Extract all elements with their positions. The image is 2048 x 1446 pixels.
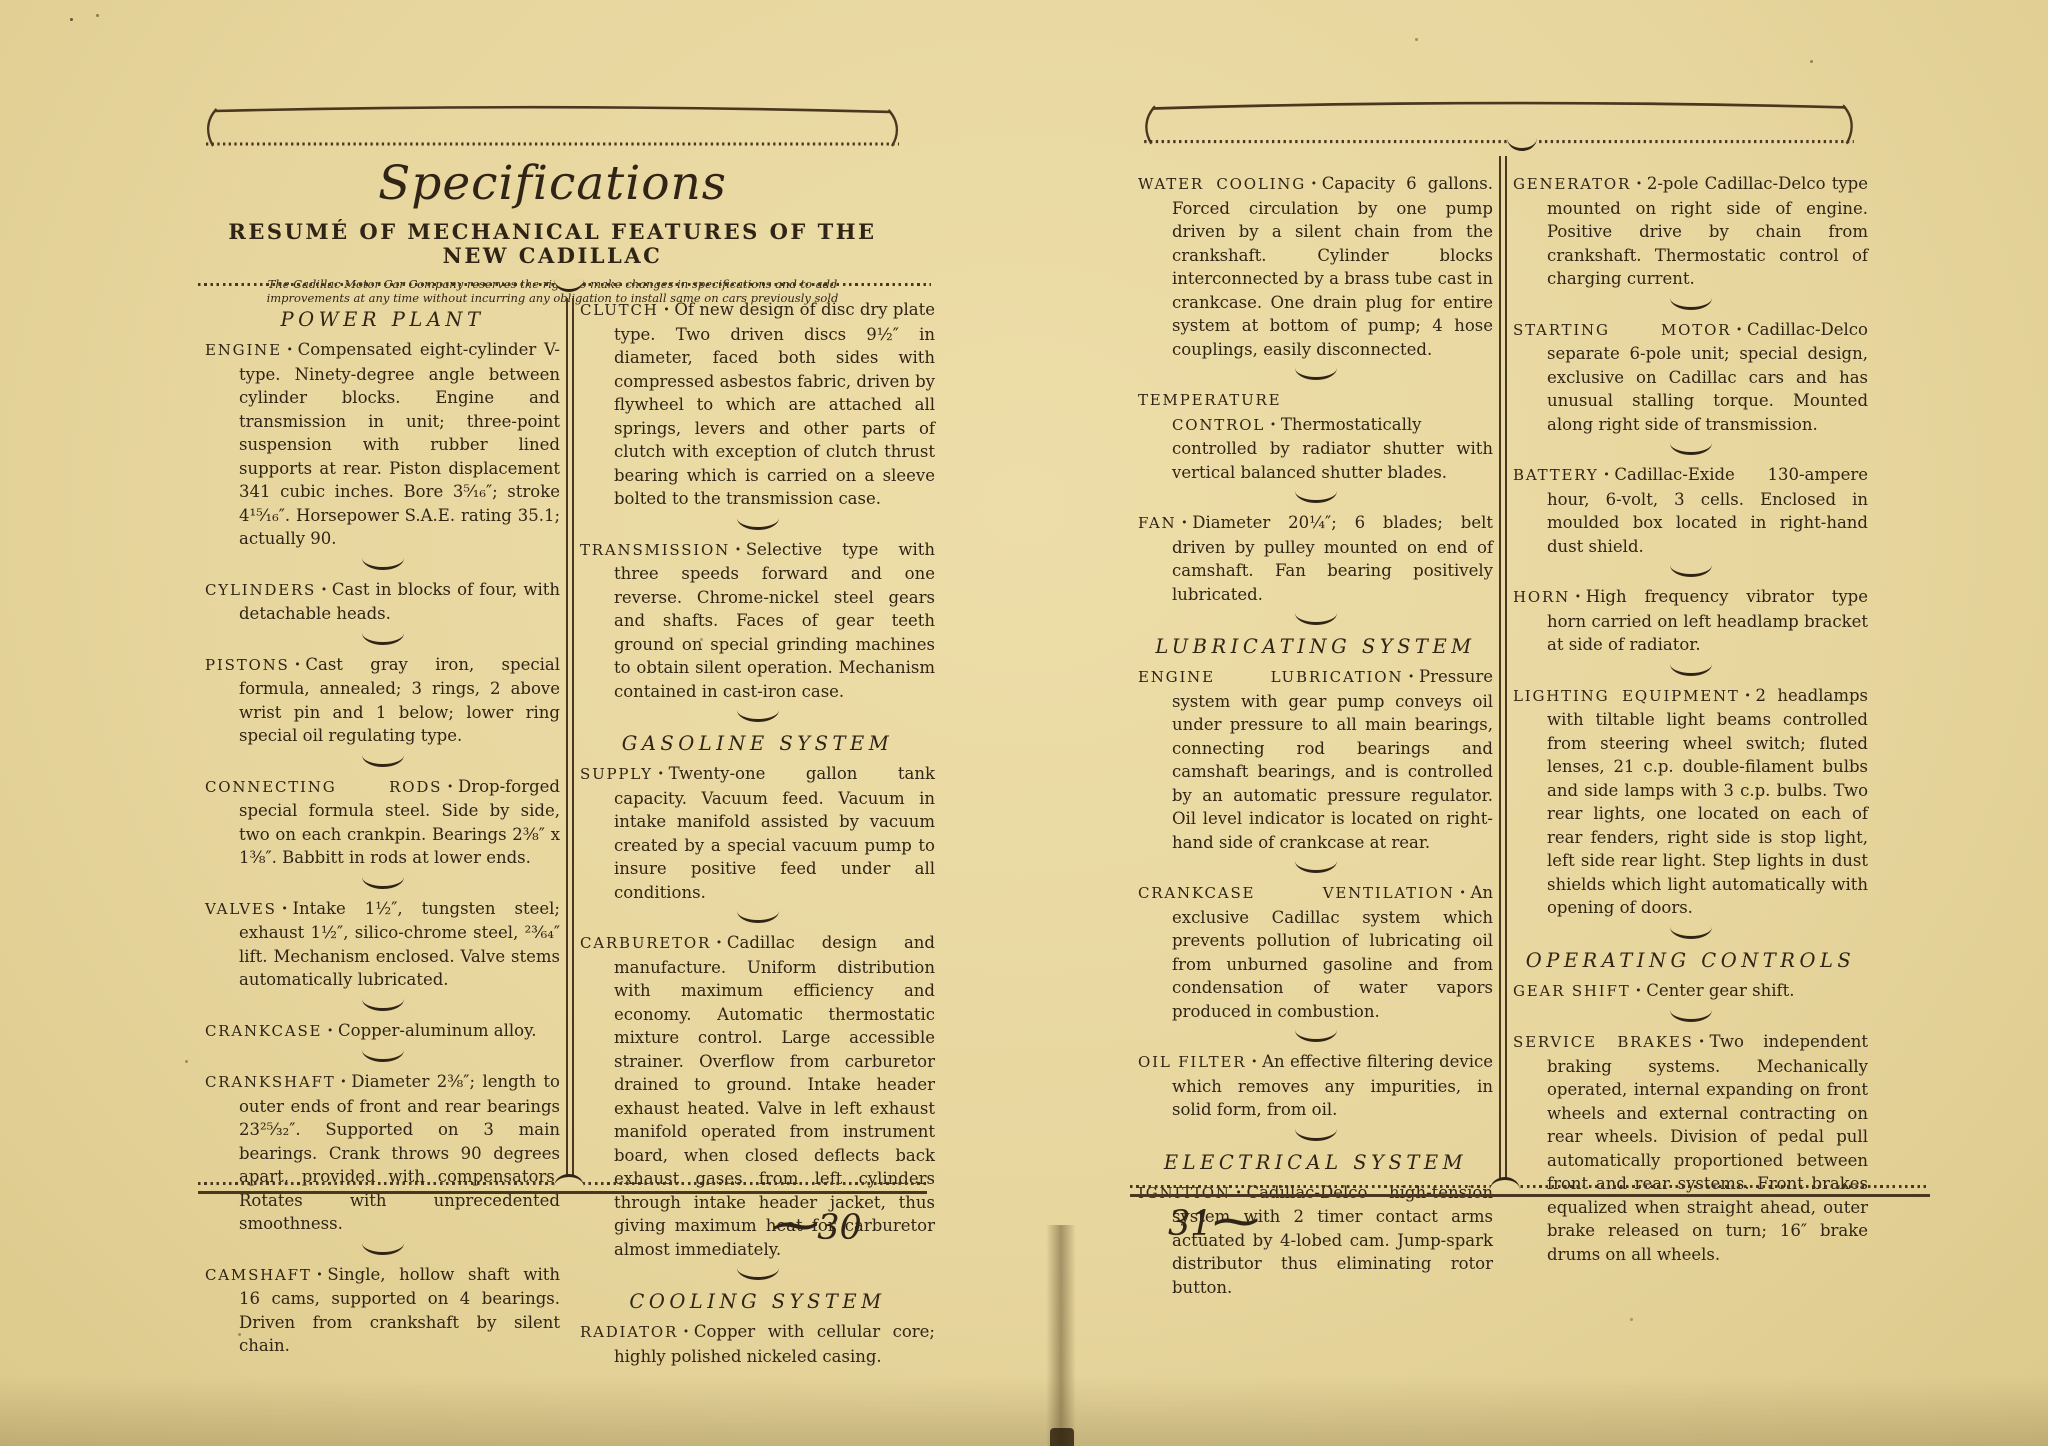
term-separator-dot: ·	[277, 899, 293, 918]
spec-entry-pistons: PISTONS·Cast gray iron, special formula,…	[205, 653, 560, 748]
catalog-page-31: WATER COOLING·Capacity 6 gallons. Forced…	[1128, 0, 1934, 1446]
spec-entry-crankcase: CRANKCASE·Copper-aluminum alloy.	[205, 1019, 560, 1044]
entry-separator-curve	[1295, 1030, 1337, 1042]
spec-entry-generator: GENERATOR·2-pole Cadillac-Delco type mou…	[1513, 172, 1868, 291]
entry-separator-curve	[1670, 443, 1712, 455]
left-page-column-2: CLUTCH·Of new design of disc dry plate t…	[580, 298, 935, 1182]
entry-separator-curve	[1295, 613, 1337, 625]
section-heading-lubricating-system: LUBRICATING SYSTEM	[1138, 635, 1493, 658]
spec-term: GEAR SHIFT	[1513, 982, 1631, 1000]
spec-entry-horn: HORN·High frequency vibrator type horn c…	[1513, 585, 1868, 657]
spec-term: LIGHTING EQUIPMENT	[1513, 687, 1740, 705]
spec-term: WATER COOLING	[1138, 175, 1306, 193]
entry-separator-curve	[362, 877, 404, 889]
spec-body: Pressure system with gear pump conveys o…	[1172, 667, 1493, 852]
entry-separator-curve	[737, 518, 779, 530]
spec-entry-battery: BATTERY·Cadillac-Exide 130-ampere hour, …	[1513, 463, 1868, 558]
page-number-31: 31⁓	[1168, 1198, 1258, 1245]
term-separator-dot: ·	[442, 777, 458, 796]
entry-separator-curve	[1670, 1010, 1712, 1022]
entry-separator-curve	[1295, 1129, 1337, 1141]
spec-term: CRANKSHAFT	[205, 1073, 336, 1091]
term-separator-dot: ·	[1731, 320, 1747, 339]
spec-body: Selective type with three speeds forward…	[614, 540, 935, 701]
page-number-value: 30	[817, 1208, 862, 1248]
entry-separator-curve	[362, 558, 404, 570]
spec-body: Of new design of disc dry plate type. Tw…	[614, 300, 935, 508]
section-heading-electrical-system: ELECTRICAL SYSTEM	[1138, 1151, 1493, 1174]
spec-entry-camshaft: CAMSHAFT·Single, hollow shaft with 16 ca…	[205, 1263, 560, 1358]
section-heading-operating-controls: OPERATING CONTROLS	[1513, 949, 1868, 972]
spec-term: CAMSHAFT	[205, 1266, 312, 1284]
spec-entry-transmission: TRANSMISSION·Selective type with three s…	[580, 538, 935, 704]
spec-body: Compensated eight-cylinder V-type. Ninet…	[239, 340, 560, 548]
term-separator-dot: ·	[653, 764, 669, 783]
catalog-page-30: Specifications RESUMÉ OF MECHANICAL FEAT…	[150, 0, 945, 1446]
spec-term: OIL FILTER	[1138, 1053, 1246, 1071]
spec-term: SUPPLY	[580, 765, 653, 783]
term-separator-dot: ·	[1403, 667, 1419, 686]
spec-body: High frequency vibrator type horn carrie…	[1547, 587, 1868, 654]
dotted-rule	[1130, 1185, 1930, 1188]
term-separator-dot: ·	[1599, 465, 1615, 484]
paper-specks	[70, 18, 73, 21]
spec-term: CRANKCASE	[205, 1022, 322, 1040]
entry-separator-curve	[1295, 491, 1337, 503]
spec-entry-supply: SUPPLY·Twenty-one gallon tank capacity. …	[580, 762, 935, 904]
entry-separator-curve	[1670, 565, 1712, 577]
spec-body: An exclusive Cadillac system which preve…	[1172, 883, 1493, 1021]
entry-separator-curve	[1670, 298, 1712, 310]
term-separator-dot: ·	[659, 300, 675, 319]
spec-term: CRANKCASE VENTILATION	[1138, 884, 1455, 902]
header-divider-rule	[198, 283, 931, 286]
spec-term: TRANSMISSION	[580, 541, 730, 559]
spec-term: STARTING MOTOR	[1513, 321, 1731, 339]
spec-entry-engine: ENGINE·Compensated eight-cylinder V-type…	[205, 338, 560, 551]
spec-entry-fan: FAN·Diameter 20¼″; 6 blades; belt driven…	[1138, 511, 1493, 606]
term-separator-dot: ·	[711, 933, 727, 952]
term-separator-dot: ·	[1176, 513, 1192, 532]
entry-separator-curve	[737, 911, 779, 923]
entry-separator-curve	[362, 999, 404, 1011]
entry-separator-curve	[737, 710, 779, 722]
swash-ornament: ⁓	[772, 1198, 817, 1253]
entry-separator-curve	[1295, 861, 1337, 873]
page-number-30: ⁓30	[772, 1202, 862, 1249]
spec-entry-valves: VALVES·Intake 1½″, tungsten steel; exhau…	[205, 897, 560, 992]
spec-term: FAN	[1138, 514, 1176, 532]
spec-entry-connecting-rods: CONNECTING RODS·Drop-forged special form…	[205, 775, 560, 870]
spec-body: Capacity 6 gallons. Forced circulation b…	[1172, 174, 1493, 359]
spec-entry-oil-filter: OIL FILTER·An effective filtering device…	[1138, 1050, 1493, 1122]
term-separator-dot: ·	[1246, 1052, 1262, 1071]
term-separator-dot: ·	[678, 1322, 694, 1341]
right-page-column-2: GENERATOR·2-pole Cadillac-Delco type mou…	[1513, 172, 1868, 1185]
term-separator-dot: ·	[282, 340, 298, 359]
entry-separator-curve	[362, 1050, 404, 1062]
spec-entry-clutch: CLUTCH·Of new design of disc dry plate t…	[580, 298, 935, 511]
entry-separator-curve	[362, 1243, 404, 1255]
spec-entry-carburetor: CARBURETOR·Cadillac design and manufactu…	[580, 931, 935, 1261]
spec-body: 2 headlamps with tiltable light beams co…	[1547, 686, 1868, 918]
entry-separator-curve	[737, 1268, 779, 1280]
term-separator-dot: ·	[1455, 883, 1471, 902]
entry-separator-curve	[362, 633, 404, 645]
spec-entry-cylinders: CYLINDERS·Cast in blocks of four, with d…	[205, 578, 560, 626]
solid-rule	[198, 1191, 927, 1194]
term-separator-dot: ·	[322, 1021, 338, 1040]
spec-entry-engine-lubrication: ENGINE LUBRICATION·Pressure system with …	[1138, 665, 1493, 854]
spec-entry-gear-shift: GEAR SHIFT·Center gear shift.	[1513, 979, 1868, 1004]
top-border-ornament	[1136, 94, 1862, 154]
right-page-columns: WATER COOLING·Capacity 6 gallons. Forced…	[1138, 172, 1868, 1185]
swash-ornament: ⁓	[1213, 1194, 1258, 1249]
spec-body: Diameter 2⅜″; length to outer ends of fr…	[239, 1072, 560, 1233]
spec-body: Diameter 20¼″; 6 blades; belt driven by …	[1172, 513, 1493, 604]
spec-body: Twenty-one gallon tank capacity. Vacuum …	[614, 764, 935, 902]
entry-separator-curve	[1295, 368, 1337, 380]
spec-term: SERVICE BRAKES	[1513, 1033, 1694, 1051]
section-heading-power-plant: POWER PLANT	[205, 308, 560, 331]
spec-entry-water-cooling: WATER COOLING·Capacity 6 gallons. Forced…	[1138, 172, 1493, 361]
spec-entry-starting-motor: STARTING MOTOR·Cadillac-Delco separate 6…	[1513, 318, 1868, 437]
entry-separator-curve	[1670, 664, 1712, 676]
spec-entry-radiator: RADIATOR·Copper with cellular core; high…	[580, 1320, 935, 1368]
term-separator-dot: ·	[1265, 415, 1281, 434]
section-heading-cooling-system: COOLING SYSTEM	[580, 1290, 935, 1313]
spec-term: CARBURETOR	[580, 934, 711, 952]
spec-term: ENGINE	[205, 341, 282, 359]
bottom-edge-shadow	[0, 1376, 2048, 1446]
spec-entry-crankshaft: CRANKSHAFT·Diameter 2⅜″; length to outer…	[205, 1070, 560, 1236]
page-number-value: 31	[1168, 1204, 1213, 1244]
spec-term: RADIATOR	[580, 1323, 678, 1341]
bracket-rule-ornament	[198, 98, 907, 156]
spec-term: GENERATOR	[1513, 175, 1631, 193]
term-separator-dot: ·	[1694, 1032, 1710, 1051]
right-page-column-1: WATER COOLING·Capacity 6 gallons. Forced…	[1138, 172, 1493, 1185]
column-divider	[1499, 156, 1507, 1185]
spec-entry-service-brakes: SERVICE BRAKES·Two independent braking s…	[1513, 1030, 1868, 1266]
term-separator-dot: ·	[316, 580, 332, 599]
spec-entry-temperature-control: TEMPERATURE CONTROL·Thermostatically con…	[1138, 388, 1493, 484]
spec-term: CYLINDERS	[205, 581, 316, 599]
entry-separator-curve	[1670, 927, 1712, 939]
top-border-ornament	[198, 98, 907, 156]
spec-term: CLUTCH	[580, 301, 659, 319]
spec-term: TEMPERATURE CONTROL	[1138, 391, 1281, 434]
term-separator-dot: ·	[1631, 174, 1647, 193]
spec-body: Copper-aluminum alloy.	[338, 1021, 536, 1040]
page-subtitle: RESUMÉ OF MECHANICAL FEATURES OF THE NEW…	[205, 220, 900, 268]
spec-entry-lighting-equipment: LIGHTING EQUIPMENT·2 headlamps with tilt…	[1513, 684, 1868, 920]
term-separator-dot: ·	[290, 655, 306, 674]
spec-term: VALVES	[205, 900, 277, 918]
spec-term: BATTERY	[1513, 466, 1599, 484]
spec-entry-crankcase-ventilation: CRANKCASE VENTILATION·An exclusive Cadil…	[1138, 881, 1493, 1023]
term-separator-dot: ·	[1306, 174, 1322, 193]
section-heading-gasoline-system: GASOLINE SYSTEM	[580, 732, 935, 755]
term-separator-dot: ·	[1631, 981, 1647, 1000]
term-separator-dot: ·	[1740, 686, 1756, 705]
left-page-columns: POWER PLANTENGINE·Compensated eight-cyli…	[205, 298, 935, 1182]
bracket-rule-ornament	[1136, 94, 1862, 154]
spec-term: HORN	[1513, 588, 1570, 606]
term-separator-dot: ·	[1570, 587, 1586, 606]
entry-separator-curve	[362, 755, 404, 767]
spec-term: PISTONS	[205, 656, 290, 674]
column-divider	[566, 298, 574, 1182]
term-separator-dot: ·	[730, 540, 746, 559]
term-separator-dot: ·	[312, 1265, 328, 1284]
spec-body: Center gear shift.	[1646, 981, 1794, 1000]
spec-term: ENGINE LUBRICATION	[1138, 668, 1403, 686]
bottom-rule	[198, 1182, 927, 1194]
spec-term: CONNECTING RODS	[205, 778, 442, 796]
term-separator-dot: ·	[336, 1072, 352, 1091]
spec-body: Two independent braking systems. Mechani…	[1547, 1032, 1868, 1264]
left-page-column-1: POWER PLANTENGINE·Compensated eight-cyli…	[205, 298, 560, 1182]
page-title: Specifications	[205, 158, 900, 210]
